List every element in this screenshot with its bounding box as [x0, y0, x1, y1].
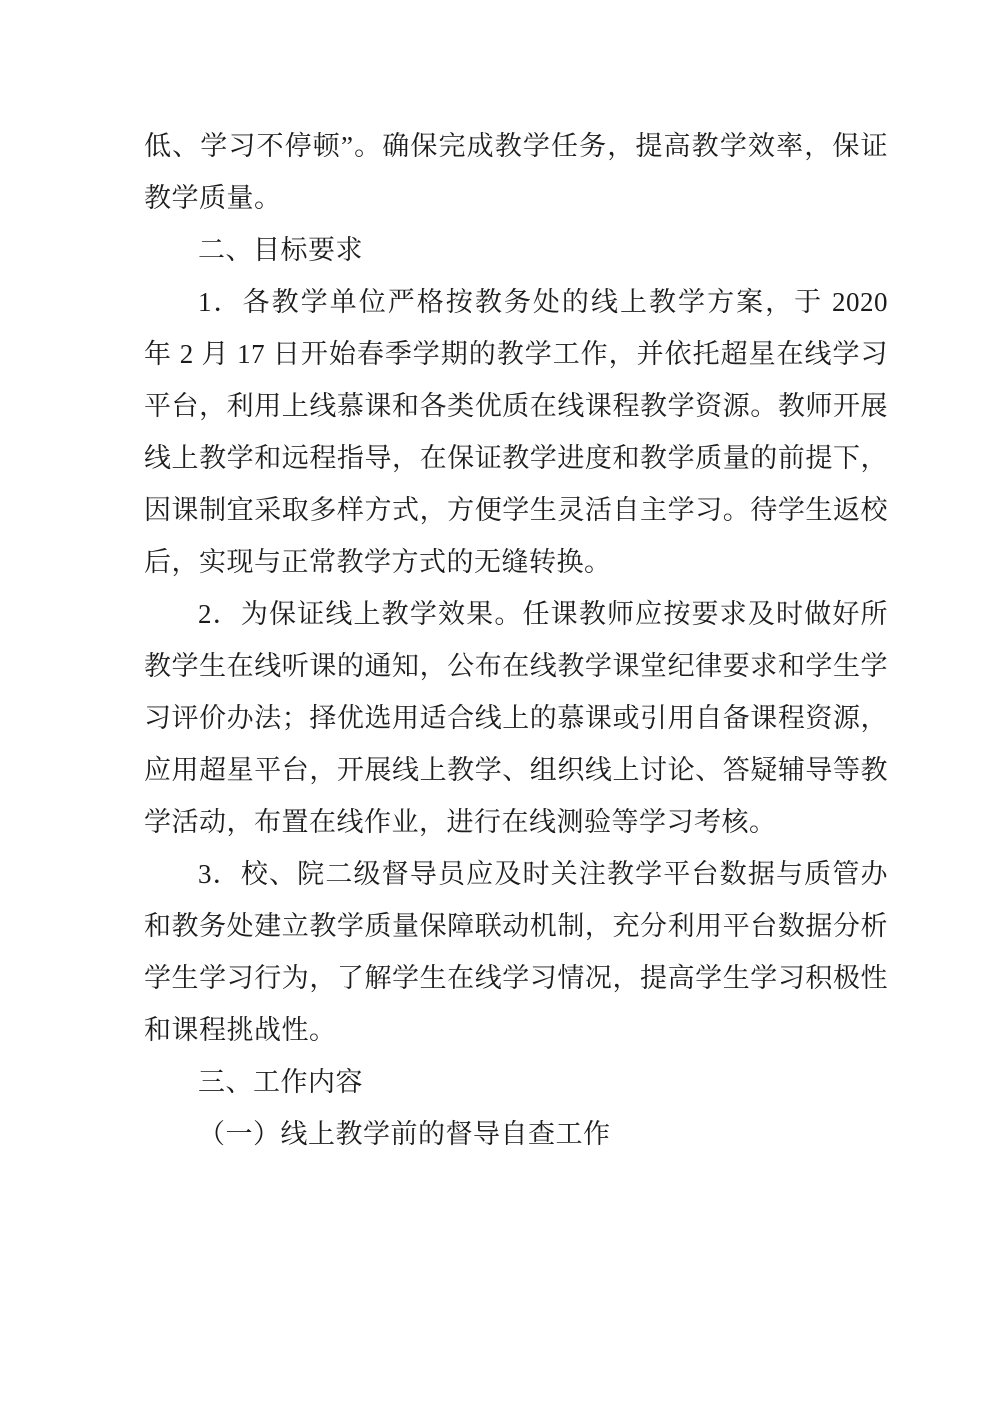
text-line: 学生学习行为，了解学生在线学习情况，提高学生学习积极性 [144, 952, 888, 1004]
text-line: 教学质量。 [144, 172, 888, 224]
text-line: 线上教学和远程指导，在保证教学进度和教学质量的前提下， [144, 432, 888, 484]
text-line: 应用超星平台，开展线上教学、组织线上讨论、答疑辅导等教 [144, 744, 888, 796]
text-line: 后，实现与正常教学方式的无缝转换。 [144, 536, 888, 588]
text-block: 低、学习不停顿”。确保完成教学任务，提高教学效率，保证教学质量。二、目标要求1．… [144, 120, 888, 1160]
text-line: 二、目标要求 [144, 224, 888, 276]
text-line: 教学生在线听课的通知，公布在线教学课堂纪律要求和学生学 [144, 640, 888, 692]
text-line: 2．为保证线上教学效果。任课教师应按要求及时做好所 [144, 588, 888, 640]
text-line: 习评价办法；择优选用适合线上的慕课或引用自备课程资源， [144, 692, 888, 744]
document-page: 低、学习不停顿”。确保完成教学任务，提高教学效率，保证教学质量。二、目标要求1．… [0, 0, 992, 1404]
text-line: 低、学习不停顿”。确保完成教学任务，提高教学效率，保证 [144, 120, 888, 172]
text-line: 和课程挑战性。 [144, 1004, 888, 1056]
text-line: 3．校、院二级督导员应及时关注教学平台数据与质管办 [144, 848, 888, 900]
text-line: 和教务处建立教学质量保障联动机制，充分利用平台数据分析 [144, 900, 888, 952]
text-line: 年 2 月 17 日开始春季学期的教学工作，并依托超星在线学习 [144, 328, 888, 380]
text-line: 平台，利用上线慕课和各类优质在线课程教学资源。教师开展 [144, 380, 888, 432]
text-line: 学活动，布置在线作业，进行在线测验等学习考核。 [144, 796, 888, 848]
text-line: 因课制宜采取多样方式，方便学生灵活自主学习。待学生返校 [144, 484, 888, 536]
text-line: 三、工作内容 [144, 1056, 888, 1108]
text-line: 1．各教学单位严格按教务处的线上教学方案，于 2020 [144, 276, 888, 328]
text-line: （一）线上教学前的督导自查工作 [144, 1108, 888, 1160]
